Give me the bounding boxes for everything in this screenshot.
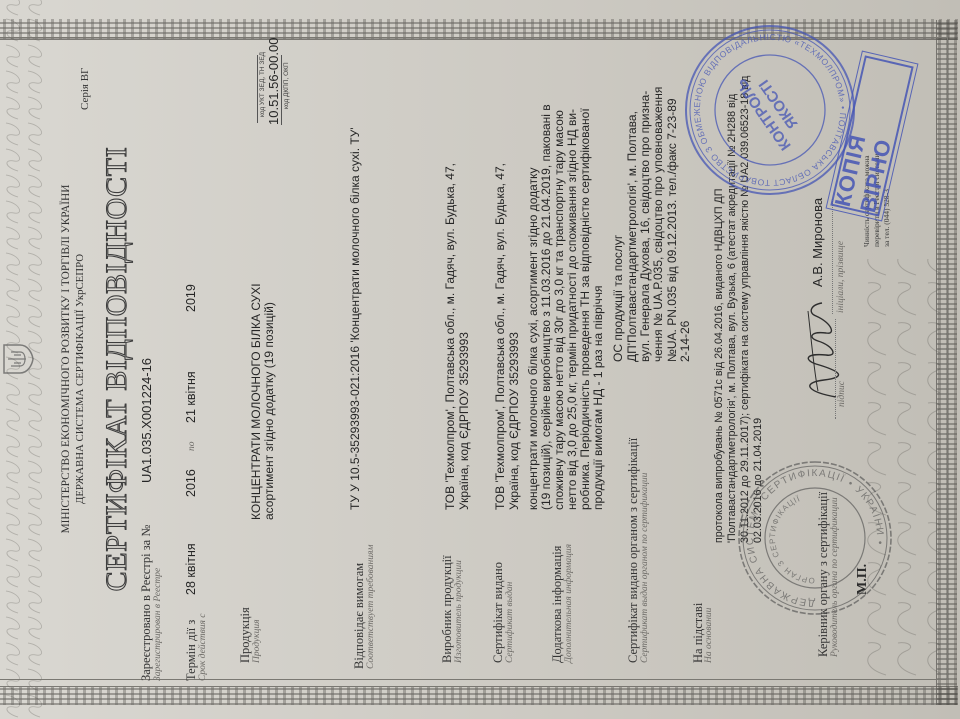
issued-to-label-ru: Сертификат выдан — [505, 582, 515, 663]
series-label: Серія ВГ — [79, 68, 91, 110]
product-assortment: асортимент згідно додатку (19 позицій) — [262, 302, 276, 520]
certification-body-line: чення № UA.P.035, свідоцтво про уповнова… — [651, 87, 665, 362]
registration-label: Зареєстровано в Реєстрі за № — [139, 525, 154, 681]
valid-to-word: по — [187, 442, 197, 452]
name-line — [832, 199, 833, 314]
certification-body-label: Сертифікат видано органом з сертифікації — [626, 438, 641, 663]
certification-body-line: 2-14-26 — [678, 321, 692, 362]
code-rule-top — [257, 55, 258, 123]
company-quality-stamp: ТОВАРИСТВО З ОБМЕЖЕНОЮ ВІДПОВІДАЛЬНІСТЮ … — [685, 25, 855, 195]
manufacturer-label-ru: Изготовитель продукции — [454, 560, 464, 663]
trident-emblem-icon — [2, 341, 34, 377]
head-name: А.В. Миронова — [810, 198, 825, 287]
manufacturer-label: Виробник продукції — [440, 555, 455, 663]
additional-info-line: робника. Періодичність проведення ТН за … — [578, 108, 592, 510]
border-ornament-left — [0, 686, 958, 705]
product-code: 10.51.56-00.00 — [266, 38, 281, 125]
valid-from-day: 28 квітня — [184, 543, 198, 595]
certification-body-line: ДП'Полтавастандартметрологія', м. Полтав… — [625, 111, 639, 362]
certification-body-label-ru: Сертификат выдан органом по сертификации — [640, 473, 650, 663]
additional-info-line: нетто від 3,0 до 25,0 кг, термін придатн… — [565, 109, 579, 510]
issued-to-label: Сертифікат видано — [491, 562, 506, 663]
seal-place-mark: М.П. — [855, 564, 871, 595]
additional-info-line: споживчу тару масою нетто від 30г до 3,0… — [552, 110, 566, 510]
requirements-value: ТУ У 10.5-35293993-021:2016 'Концентрати… — [348, 127, 362, 510]
additional-info-line: продукції вимогам НД - 1 раз на півріччя — [591, 286, 605, 510]
registration-label-ru: Зарегистрирован в Реестре — [153, 568, 163, 681]
certification-body-line: вул. Генерала Духова, 16, свідоцтво про … — [638, 91, 652, 362]
requirements-label-ru: Соответствует требованиям — [366, 545, 376, 669]
signature-line — [835, 319, 836, 419]
valid-to-day: 21 квітня — [184, 371, 198, 423]
ministry-heading: МІНІСТЕРСТВО ЕКОНОМІЧНОГО РОЗВИТКУ І ТОР… — [60, 109, 72, 609]
head-label-ru: Руководитель органа по сертификации — [830, 497, 840, 657]
code-rule-bottom — [281, 55, 282, 125]
certification-body-line: №UA. PN.035 від 09.12.2013. тел./факс 7-… — [665, 98, 679, 362]
product-name: КОНЦЕНТРАТИ МОЛОЧНОГО БІЛКА СУХІ — [249, 283, 263, 520]
additional-info-label-ru: Дополнительная информация — [564, 544, 574, 663]
issued-to-line: Україна, код ЄДРПОУ 35293993 — [507, 332, 521, 510]
certification-body-line: ОС продукції та послуг — [611, 235, 625, 362]
additional-info-line: (19 позицій), серійне виробництво з 11.0… — [539, 104, 553, 510]
product-label-ru: Продукция — [252, 620, 262, 664]
requirements-label: Відповідає вимогам — [352, 563, 367, 669]
certificate-page: МІНІСТЕРСТВО ЕКОНОМІЧНОГО РОЗВИТКУ І ТОР… — [0, 0, 960, 719]
head-label: Керівник органу з сертифікації — [816, 492, 831, 657]
manufacturer-line: ТОВ 'Техмолпром', Полтавська обл., м. Га… — [443, 163, 457, 510]
valid-from-year: 2016 — [184, 469, 198, 497]
name-caption: ініціали, прізвище — [836, 241, 846, 313]
basis-label-ru: На основании — [704, 608, 714, 663]
product-label: Продукція — [238, 607, 253, 663]
additional-info-label: Додаткова інформація — [550, 546, 565, 663]
manufacturer-line: Україна, код ЄДРПОУ 35293993 — [457, 332, 471, 510]
valid-to-year: 2019 — [184, 284, 198, 312]
certificate-title: СЕРТИФІКАТ ВІДПОВІДНОСТІ — [100, 79, 134, 659]
validity-label: Термін дії з — [184, 620, 199, 681]
code-dkpp-label: код ДКПП, ОКП — [283, 62, 290, 109]
code-uktzed-label: код УКТ ЗЕД, ТН ЗЕД — [259, 52, 266, 117]
signature-caption: підпис — [837, 381, 847, 407]
validity-label-ru: Срок действия с — [198, 613, 208, 681]
basis-line: протокола випробувань № 0571с від 26.04.… — [713, 189, 725, 543]
issued-to-line: ТОВ 'Техмолпром', Полтавська обл., м. Га… — [493, 163, 507, 510]
certification-system-heading: ДЕРЖАВНА СИСТЕМА СЕРТИФІКАЦІЇ УкрСЕПРО — [74, 209, 86, 549]
additional-info-line: концентрати молочного білка сухі, асорти… — [526, 168, 540, 510]
registration-number: UA1.035.X001224-16 — [139, 358, 154, 483]
